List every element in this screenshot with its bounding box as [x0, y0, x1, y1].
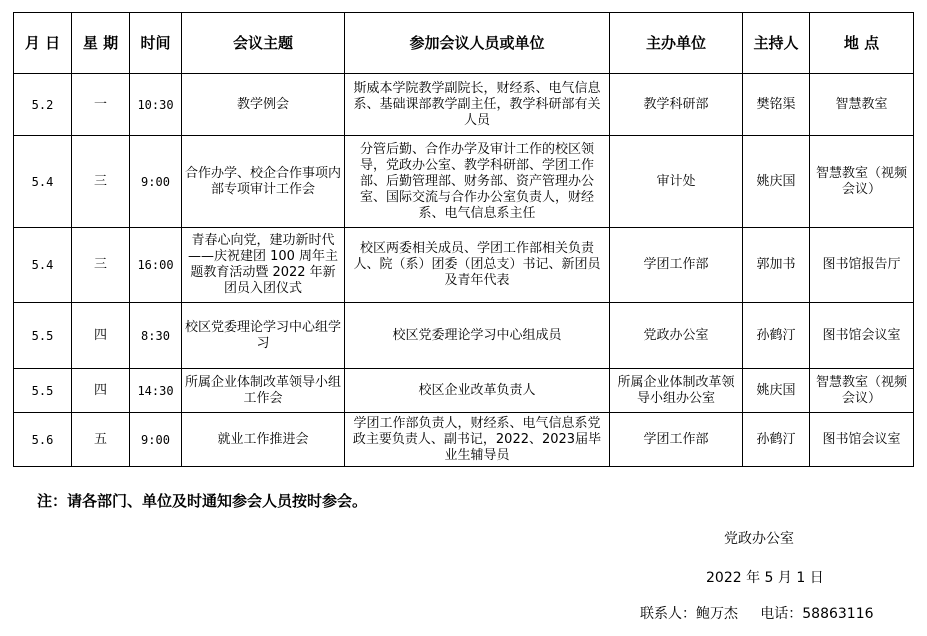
- cell-topic: 青春心向党，建功新时代——庆祝建团 100 周年主题教育活动暨 2022 年新团…: [182, 228, 345, 303]
- cell-date: 5.6: [14, 413, 72, 467]
- cell-topic: 校区党委理论学习中心组学习: [182, 303, 345, 369]
- cell-topic: 教学例会: [182, 74, 345, 136]
- cell-host: 姚庆国: [743, 369, 810, 413]
- header-topic: 会议主题: [182, 13, 345, 74]
- table-row: 5.5 四 14:30 所属企业体制改革领导小组工作会 校区企业改革负责人 所属…: [14, 369, 914, 413]
- cell-time: 14:30: [130, 369, 182, 413]
- cell-location: 智慧教室（视频会议）: [810, 369, 914, 413]
- header-time: 时间: [130, 13, 182, 74]
- cell-topic: 就业工作推进会: [182, 413, 345, 467]
- cell-organizer: 审计处: [610, 136, 743, 228]
- cell-date: 5.4: [14, 228, 72, 303]
- cell-time: 10:30: [130, 74, 182, 136]
- cell-date: 5.2: [14, 74, 72, 136]
- cell-weekday: 三: [72, 136, 130, 228]
- signature-contact: 联系人：鲍万杰 电话：58863116: [640, 603, 874, 623]
- cell-participants: 校区两委相关成员、学团工作部相关负责人、院（系）团委（团总支）书记、新团员及青年…: [345, 228, 610, 303]
- header-location: 地 点: [810, 13, 914, 74]
- header-participants: 参加会议人员或单位: [345, 13, 610, 74]
- cell-location: 图书馆报告厅: [810, 228, 914, 303]
- cell-date: 5.5: [14, 303, 72, 369]
- header-host: 主持人: [743, 13, 810, 74]
- cell-topic: 合作办学、校企合作事项内部专项审计工作会: [182, 136, 345, 228]
- cell-organizer: 所属企业体制改革领导小组办公室: [610, 369, 743, 413]
- cell-organizer: 教学科研部: [610, 74, 743, 136]
- cell-host: 孙鹤汀: [743, 413, 810, 467]
- cell-host: 姚庆国: [743, 136, 810, 228]
- cell-participants: 校区企业改革负责人: [345, 369, 610, 413]
- cell-host: 孙鹤汀: [743, 303, 810, 369]
- cell-topic: 所属企业体制改革领导小组工作会: [182, 369, 345, 413]
- header-weekday: 星 期: [72, 13, 130, 74]
- cell-weekday: 四: [72, 369, 130, 413]
- cell-participants: 学团工作部负责人，财经系、电气信息系党政主要负责人、副书记，2022、2023届…: [345, 413, 610, 467]
- table-row: 5.6 五 9:00 就业工作推进会 学团工作部负责人，财经系、电气信息系党政主…: [14, 413, 914, 467]
- table-row: 5.2 一 10:30 教学例会 斯威本学院教学副院长，财经系、电气信息系、基础…: [14, 74, 914, 136]
- cell-time: 8:30: [130, 303, 182, 369]
- cell-weekday: 四: [72, 303, 130, 369]
- cell-location: 智慧教室: [810, 74, 914, 136]
- header-organizer: 主办单位: [610, 13, 743, 74]
- cell-weekday: 一: [72, 74, 130, 136]
- cell-participants: 分管后勤、合作办学及审计工作的校区领导，党政办公室、教学科研部、学团工作部、后勤…: [345, 136, 610, 228]
- cell-date: 5.5: [14, 369, 72, 413]
- cell-time: 9:00: [130, 413, 182, 467]
- cell-host: 郭加书: [743, 228, 810, 303]
- cell-weekday: 三: [72, 228, 130, 303]
- header-date: 月 日: [14, 13, 72, 74]
- table-header-row: 月 日 星 期 时间 会议主题 参加会议人员或单位 主办单位 主持人 地 点: [14, 13, 914, 74]
- cell-time: 9:00: [130, 136, 182, 228]
- attendance-note: 注：请各部门、单位及时通知参会人员按时参会。: [37, 490, 367, 511]
- signature-date: 2022 年 5 月 1 日: [706, 567, 824, 587]
- signature-office: 党政办公室: [724, 528, 794, 548]
- cell-location: 智慧教室（视频会议）: [810, 136, 914, 228]
- table-row: 5.4 三 9:00 合作办学、校企合作事项内部专项审计工作会 分管后勤、合作办…: [14, 136, 914, 228]
- table-row: 5.4 三 16:00 青春心向党，建功新时代——庆祝建团 100 周年主题教育…: [14, 228, 914, 303]
- cell-location: 图书馆会议室: [810, 413, 914, 467]
- meeting-schedule-table: 月 日 星 期 时间 会议主题 参加会议人员或单位 主办单位 主持人 地 点 5…: [13, 12, 914, 467]
- cell-location: 图书馆会议室: [810, 303, 914, 369]
- cell-date: 5.4: [14, 136, 72, 228]
- cell-participants: 斯威本学院教学副院长，财经系、电气信息系、基础课部教学副主任，教学科研部有关人员: [345, 74, 610, 136]
- cell-organizer: 学团工作部: [610, 413, 743, 467]
- cell-host: 樊铭渠: [743, 74, 810, 136]
- cell-organizer: 党政办公室: [610, 303, 743, 369]
- cell-participants: 校区党委理论学习中心组成员: [345, 303, 610, 369]
- cell-time: 16:00: [130, 228, 182, 303]
- cell-weekday: 五: [72, 413, 130, 467]
- cell-organizer: 学团工作部: [610, 228, 743, 303]
- table-row: 5.5 四 8:30 校区党委理论学习中心组学习 校区党委理论学习中心组成员 党…: [14, 303, 914, 369]
